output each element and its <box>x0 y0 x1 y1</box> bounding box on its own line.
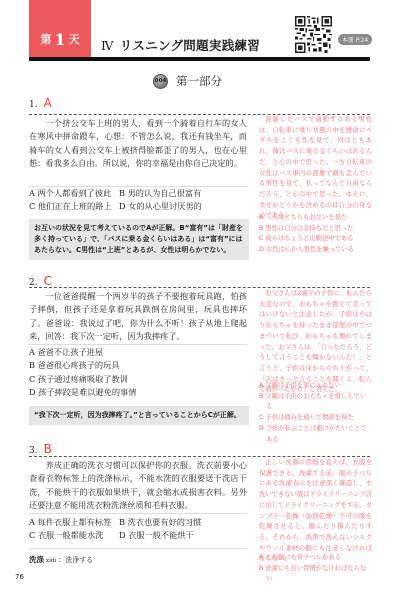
translation-choice-d: D 子供が転ぶことは避けがたいことである <box>259 424 372 445</box>
choice-b: B 洗衣也要有好的习惯 <box>119 516 247 529</box>
translation-choice-b: B 男性は自分は金持ちだと思った <box>259 224 372 235</box>
translation-choice-b: B 洗濯にも良い習慣がなければならない <box>259 564 372 585</box>
question-2-passage: 一位爸爸提醒一个两岁半的孩子不要抱着玩具跑，怕孩子摔倒，但孩子还是拿着玩具跌倒在… <box>29 290 247 344</box>
audio-track-icon[interactable]: 004 <box>153 74 168 89</box>
section-heading: 004 第一部分 <box>153 73 222 89</box>
answer-letter: A <box>44 96 52 110</box>
vocab-word: 洗涤 <box>29 555 44 564</box>
question-2-header: 2. C <box>29 274 52 288</box>
choice-d: D 衣服一般不能烘干 <box>119 529 247 542</box>
header-rule <box>29 57 370 61</box>
question-2-translation-choices: A 父親は子供を家に入れない B 父親は子供のおもちゃを惜しんでいる C 子供は… <box>259 381 372 445</box>
question-1-header: 1. A <box>29 96 52 110</box>
question-2-translation: お父さんは2歳半の子供に、転んだら大変なので、おもちゃを抱えて走ってはいけないと… <box>259 289 372 396</box>
dashed-divider <box>29 456 370 457</box>
translation-choice-b: B 父親は子供のおもちゃを惜しんでいる <box>259 392 372 413</box>
choice-a: A 两个人都看到了彼此 <box>29 187 119 200</box>
choice-c: C 衣服一般都能水洗 <box>29 529 119 542</box>
question-number: 1. <box>29 100 38 110</box>
day-number: 1 <box>54 33 65 47</box>
choice-d: D 女的从心里讨厌男的 <box>119 200 247 213</box>
translation-choice-c: C 彼らはちょうど出勤途中である <box>259 234 372 245</box>
chapter-title-text: リスニング問題実践練習 <box>120 38 260 53</box>
divider <box>29 513 247 514</box>
question-3-translation: 正しい洗濯の習慣を覚えば、衣服を保護できる。洗濯する前、服のラベルにある洗濯表示… <box>259 458 372 565</box>
translation-choice-a: A 二人はどちらもお互いを見た <box>259 213 372 224</box>
question-2-choices: A 爸爸不让孩子进屋 B 爸爸很心疼孩子的玩具 C 孩子通过疼痛吸取了教训 D … <box>29 346 247 400</box>
section-roman: Ⅳ <box>101 38 114 53</box>
dashed-divider <box>29 287 370 288</box>
page-number: 76 <box>15 573 24 581</box>
question-3-passage: 养成正确的洗衣习惯可以保护你的衣服。洗衣前要小心查看衣物标签上的洗涤标示，不能水… <box>29 459 247 513</box>
chapter-title: Ⅳリスニング問題実践練習 <box>101 36 260 54</box>
question-1-translation-choices: A 二人はどちらもお互いを見た B 男性は自分は金持ちだと思った C 彼らはちょ… <box>259 213 372 256</box>
day-suffix: 天 <box>69 31 80 47</box>
translation-choice-a: A どの服にも皆ラベルがある <box>259 553 372 564</box>
question-number: 3. <box>29 446 38 456</box>
translation-choice-a: A 父親は子供を家に入れない <box>259 381 372 392</box>
choice-a: A 爸爸不让孩子进屋 <box>29 346 247 359</box>
question-1-choices: A 两个人都看到了彼此 B 男的认为自己很富有 C 他们正在上班的路上 D 女的… <box>29 187 247 214</box>
qr-code-icon[interactable] <box>295 16 332 53</box>
choice-c: C 孩子通过疼痛吸取了教训 <box>29 373 247 386</box>
translation-choice-d: D 女性は心から男性を嫌っている <box>259 245 372 256</box>
question-1-explanation: お互いの状況を見て考えているのでAが正解。B“富有”は「財産を多く持っている」で… <box>29 219 249 260</box>
question-3-choices: A 每件衣服上都有标签 B 洗衣也要有好的习惯 C 衣服一般都能水洗 D 衣服一… <box>29 516 247 543</box>
reference-badge: 本冊 P.24 <box>338 34 372 45</box>
question-1-passage: 一个挤公交车上班的男人，看到一个骑着自行车的女人在寒风中拼命蹬车，心想：不管怎么… <box>29 117 247 171</box>
day-tab: 第 1 天 <box>29 0 91 57</box>
answer-letter: C <box>44 274 52 288</box>
vocab-note: 洗涤xǐdí：洗浄する <box>29 554 93 565</box>
question-3-translation-choices: A どの服にも皆ラベルがある B 洗濯にも良い習慣がなければならない <box>259 553 372 585</box>
question-2-explanation: “我下次一定听，因为我摔疼了。”と言っていることからCが正解。 <box>29 406 249 425</box>
question-1-translation: 混雑したバスで通勤するある男性は、自転車に乗り寒風の中を懸命にペダルをこぐ女性を… <box>259 115 372 222</box>
choice-d: D 孩子摔跤是难以避免的事情 <box>29 386 247 399</box>
question-3-header: 3. B <box>29 442 52 456</box>
vocab-pinyin: xǐdí <box>46 558 56 564</box>
vocab-meaning: ：洗浄する <box>58 556 93 564</box>
divider <box>29 548 247 549</box>
choice-c: C 他们正在上班的路上 <box>29 200 119 213</box>
choice-a: A 每件衣服上都有标签 <box>29 516 119 529</box>
translation-choice-c: C 子供は痛みを通して教訓を得た <box>259 413 372 424</box>
answer-letter: B <box>44 442 52 456</box>
choice-b: B 爸爸很心疼孩子的玩具 <box>29 359 247 372</box>
choice-b: B 男的认为自己很富有 <box>119 187 247 200</box>
day-prefix: 第 <box>40 31 51 47</box>
section-title: 第一部分 <box>176 73 222 89</box>
divider <box>29 344 247 345</box>
